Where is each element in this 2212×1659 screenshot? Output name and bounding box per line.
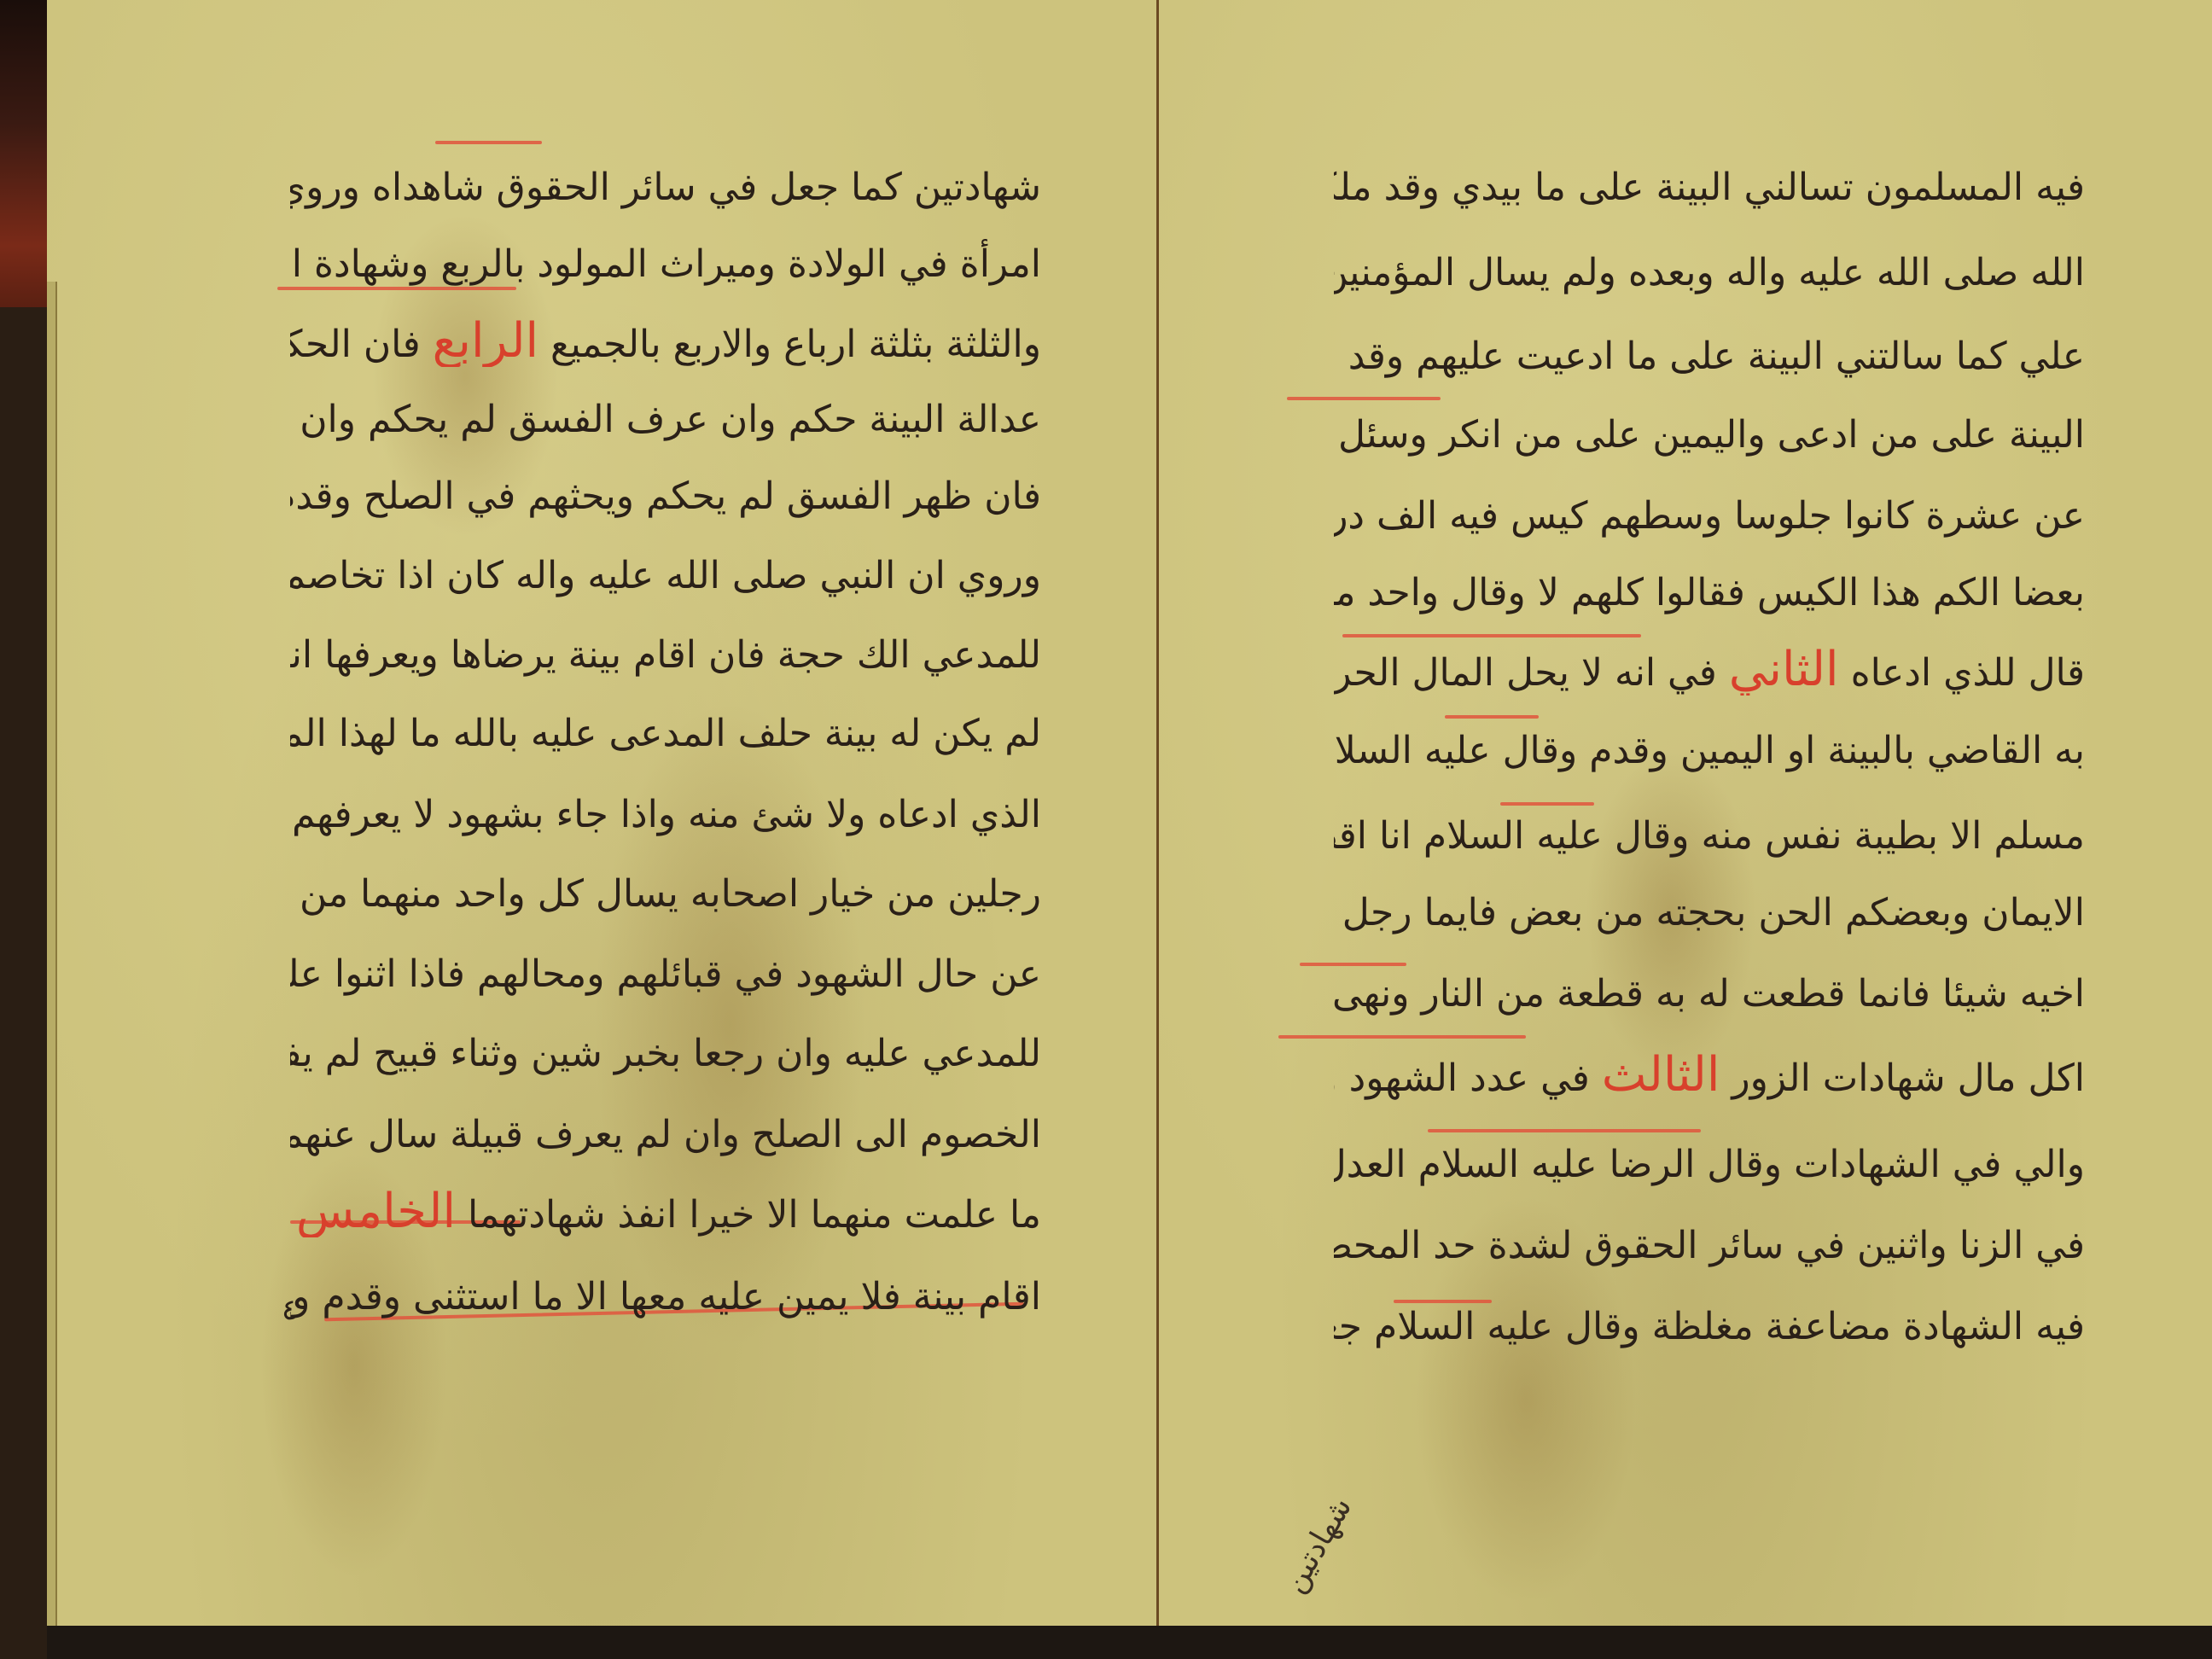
text-line: الذي ادعاه ولا شئ منه واذا جاء بشهود لا …	[290, 789, 1041, 841]
left-page: شهادتين كما جعل في سائر الحقوق شاهداه ور…	[47, 0, 1159, 1626]
text-line: قال للذي ادعاه الثاني في انه لا يحل الما…	[1334, 644, 2085, 696]
text-segment: والثلثة بثلثة ارباع والاربع بالجميع	[538, 323, 1041, 366]
right-page-text: فيه المسلمون تسالني البينة على ما بيدي و…	[1334, 162, 2085, 1357]
text-line: وروي ان النبي صلى الله عليه واله كان اذا…	[290, 550, 1041, 602]
text-line: والي في الشهادات وقال الرضا عليه السلام …	[1334, 1139, 2085, 1190]
open-manuscript: شهادتين كما جعل في سائر الحقوق شاهداه ور…	[47, 0, 2212, 1626]
text-line: لم يكن له بينة حلف المدعى عليه بالله ما …	[290, 708, 1041, 760]
text-line: عن عشرة كانوا جلوسا وسطهم كيس فيه الف در…	[1334, 491, 2085, 542]
text-line: ما علمت منهما الا خيرا انفذ شهادتهما الخ…	[290, 1186, 1041, 1237]
text-line: به القاضي بالبينة او اليمين وقدم وقال عل…	[1334, 725, 2085, 777]
text-line: رجلين من خيار اصحابه يسال كل واحد منهما …	[290, 869, 1041, 920]
text-line: عدالة البينة حكم وان عرف الفسق لم يحكم و…	[290, 394, 1041, 445]
text-segment: ما علمت منهما الا خيرا انفذ شهادتهما	[456, 1193, 1041, 1237]
text-segment: فان الحكم ان عرف	[290, 323, 433, 366]
text-segment: في عدد الشهود وقدم	[1334, 1057, 1602, 1100]
text-line: فيه الشهادة مضاعفة مغلظة وقال عليه السلا…	[1334, 1301, 2085, 1353]
right-page: فيه المسلمون تسالني البينة على ما بيدي و…	[1159, 0, 2212, 1626]
text-segment: في ان المدعي اذا	[290, 1193, 296, 1237]
text-line: الله صلى الله عليه واله وبعده ولم يسال ا…	[1334, 247, 2085, 299]
rubric-heading: الثاني	[1729, 644, 1839, 696]
text-line: اخيه شيئا فانما قطعت له به قطعة من النار…	[1334, 969, 2085, 1020]
text-line: فيه المسلمون تسالني البينة على ما بيدي و…	[1334, 162, 2085, 213]
page-edge	[47, 282, 57, 1626]
text-line: للمدعي عليه وان رجعا بخبر شين وثناء قبيح…	[290, 1028, 1041, 1080]
left-page-text: شهادتين كما جعل في سائر الحقوق شاهداه ور…	[290, 162, 1041, 1374]
rubric-heading: الخامس	[296, 1186, 456, 1237]
text-line: اقام بينة فلا يمين عليه معها الا ما استث…	[290, 1272, 1041, 1323]
text-line: اكل مال شهادات الزور الثالث في عدد الشهو…	[1334, 1050, 2085, 1101]
table-surface	[47, 1626, 2212, 1659]
text-line: بعضا الكم هذا الكيس فقالوا كلهم لا وقال …	[1334, 568, 2085, 619]
rubric-heading: الثالث	[1602, 1050, 1720, 1101]
text-line: والثلثة بثلثة ارباع والاربع بالجميع الرا…	[290, 316, 1041, 367]
text-line: شهادتين كما جعل في سائر الحقوق شاهداه ور…	[290, 162, 1041, 213]
text-segment: في انه لا يحل المال الحرام المبطل اذا حك…	[1334, 651, 1729, 695]
red-rule	[435, 141, 542, 144]
text-line: البينة على من ادعى واليمين على من انكر و…	[1334, 410, 2085, 461]
rubric-heading: الرابع	[433, 316, 538, 367]
text-line: امرأة في الولادة وميراث المولود بالربع و…	[290, 239, 1041, 290]
text-line: الخصوم الى الصلح وان لم يعرف قبيلة سال ع…	[290, 1109, 1041, 1161]
text-line: للمدعي الك حجة فان اقام بينة يرضاها ويعر…	[290, 630, 1041, 681]
text-segment: اكل مال شهادات الزور	[1720, 1057, 2085, 1100]
marginal-mark: ٤	[282, 1293, 297, 1327]
catchword: شهادتين	[1277, 1491, 1359, 1598]
text-line: في الزنا واثنين في سائر الحقوق لشدة حد ا…	[1334, 1220, 2085, 1272]
text-line: فان ظهر الفسق لم يحكم ويحثهم في الصلح وق…	[290, 471, 1041, 522]
text-line: الايمان وبعضكم الحن بحجته من بعض فايما ر…	[1334, 888, 2085, 939]
text-line: مسلم الا بطيبة نفس منه وقال عليه السلام …	[1334, 811, 2085, 862]
text-line: عن حال الشهود في قبائلهم ومحالهم فاذا اث…	[290, 949, 1041, 1000]
text-segment: قال للذي ادعاه	[1839, 651, 2085, 695]
text-line: علي كما سالتني البينة على ما ادعيت عليهم…	[1334, 331, 2085, 382]
